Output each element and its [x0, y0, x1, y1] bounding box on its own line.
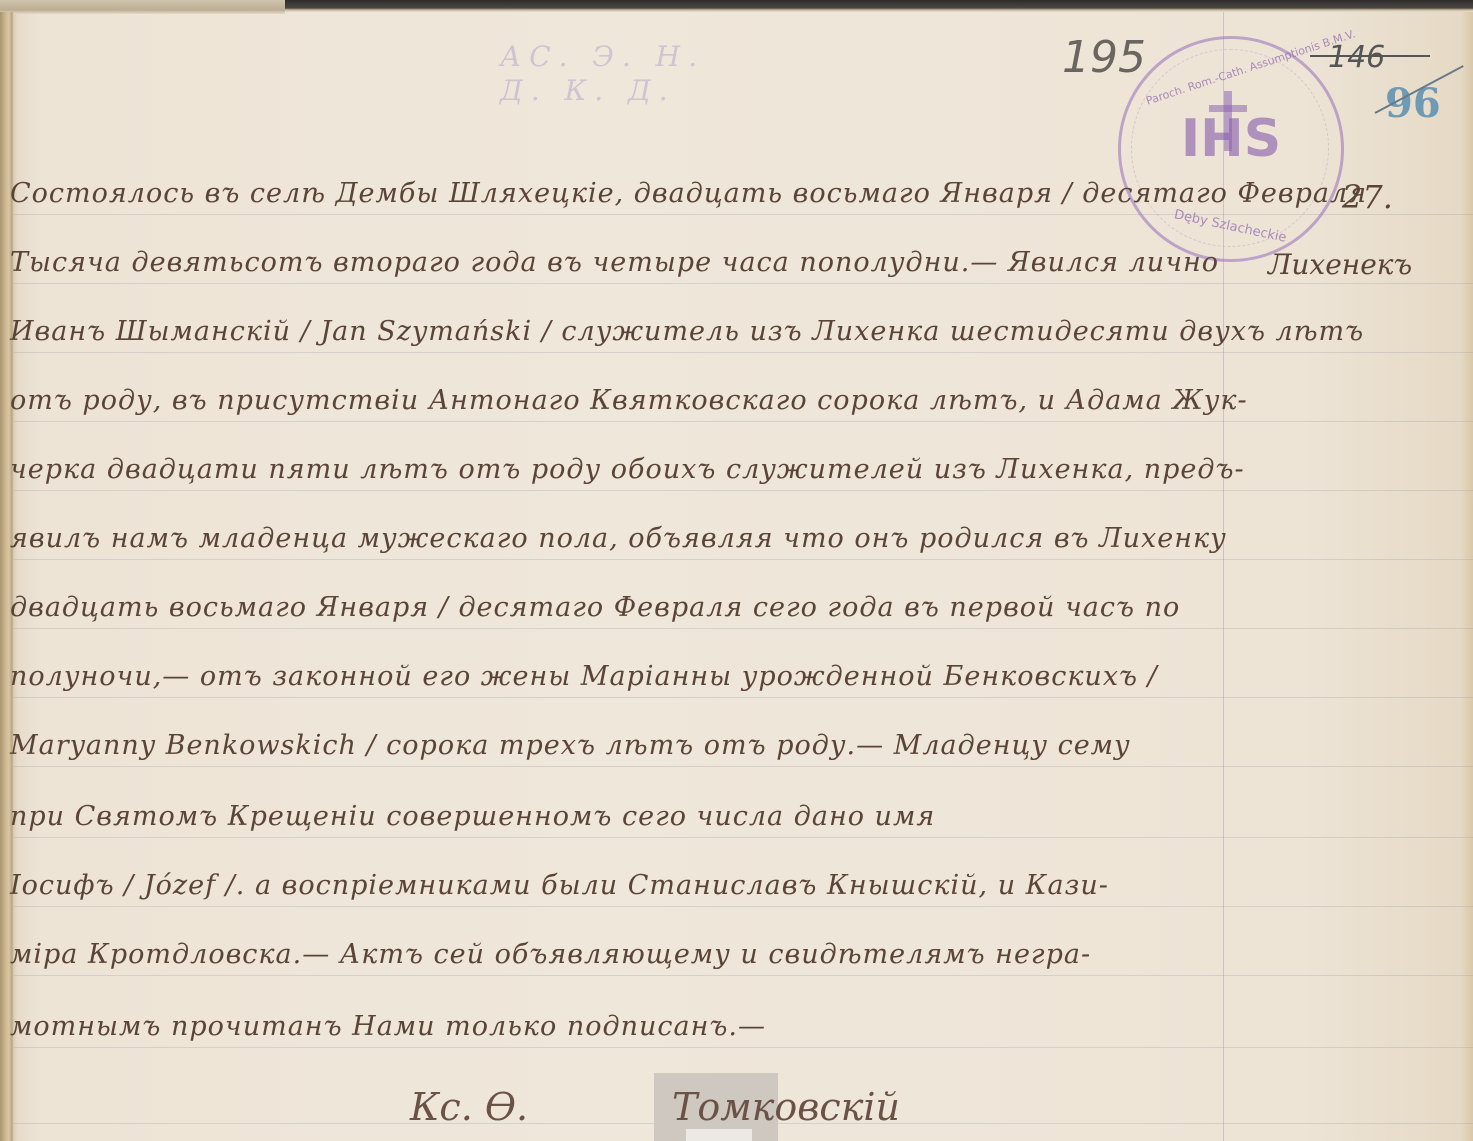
faint-stamp-line: АС. Э. Н. — [500, 40, 705, 74]
signature-surname: Томковскій — [672, 1085, 900, 1129]
margin-place-name: Лихенекъ — [1268, 248, 1412, 281]
text-line: двадцать восьмаго Января / десятаго Февр… — [10, 594, 1180, 621]
faint-archive-stamp: АС. Э. Н. Д. К. Д. — [500, 40, 705, 107]
seal-monogram: IHS — [1121, 109, 1341, 169]
text-line: Тысяча девятьсотъ втораго года въ четыре… — [10, 249, 1219, 276]
text-line: явилъ намъ младенца мужескаго пола, объя… — [10, 525, 1227, 552]
ruled-line — [14, 352, 1473, 353]
text-line: Иванъ Шыманскій / Jan Szymański / служит… — [10, 318, 1364, 345]
text-line: полуночи,— отъ законной его жены Маріанн… — [10, 663, 1158, 690]
text-line: Maryanny Benkowskich / сорока трехъ лѣтъ… — [10, 732, 1131, 759]
ruled-line — [14, 421, 1473, 422]
ruled-line — [14, 490, 1473, 491]
ruled-line — [14, 283, 1473, 284]
ruled-line — [14, 1047, 1473, 1048]
signature-initials: Кс. Ѳ. — [410, 1085, 528, 1129]
ruled-line — [14, 628, 1473, 629]
text-line: отъ роду, въ присутствіи Антонаго Квятко… — [10, 387, 1248, 414]
ruled-line — [14, 975, 1473, 976]
text-line: при Святомъ Крещеніи совершенномъ сего ч… — [10, 803, 935, 830]
register-page: АС. Э. Н. Д. К. Д. 195 146 96 IHS Paroch… — [0, 0, 1473, 1141]
redaction-block-inner — [686, 1129, 752, 1141]
folio-number: 195 — [1062, 32, 1146, 83]
parish-seal-stamp: IHS Paroch. Rom.-Cath. Assumptionis B.M.… — [1118, 36, 1344, 262]
strike-line — [1310, 55, 1430, 57]
text-line: Состоялось въ селѣ Дембы Шляхецкіе, двад… — [10, 180, 1367, 207]
ruled-line — [14, 837, 1473, 838]
text-line: черка двадцати пяти лѣтъ отъ роду обоихъ… — [10, 456, 1245, 483]
ruled-line — [14, 766, 1473, 767]
faint-stamp-line: Д. К. Д. — [500, 74, 705, 108]
ruled-line — [14, 697, 1473, 698]
ruled-line — [14, 559, 1473, 560]
page-edge-overlap — [0, 0, 285, 14]
text-line: міра Кротдловска.— Актъ сей объявляющему… — [10, 941, 1091, 968]
text-line: мотнымъ прочитанъ Нами только подписанъ.… — [10, 1013, 766, 1040]
text-line: Іосифъ / Józef /. а воспріемниками были … — [10, 872, 1109, 899]
ruled-line — [14, 906, 1473, 907]
